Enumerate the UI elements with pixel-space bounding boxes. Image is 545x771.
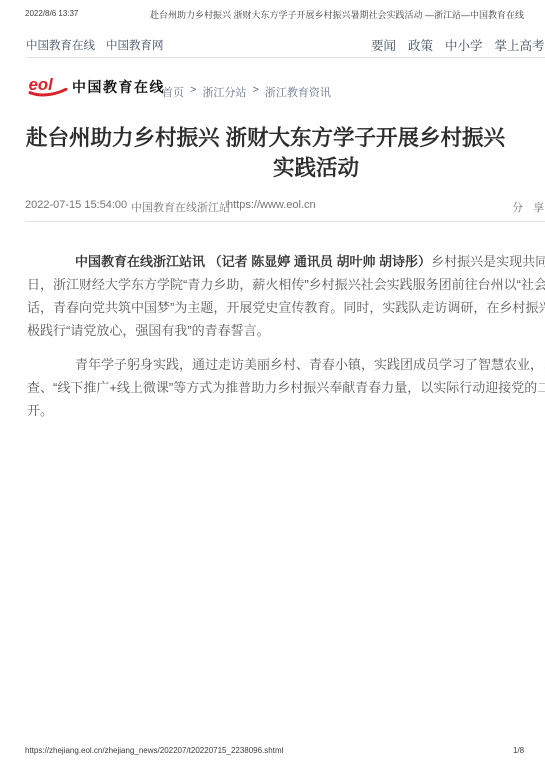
- article-source: 中国教育在线浙江站: [131, 199, 230, 215]
- paragraph1-line2: 日，浙江财经大学东方学院“青力乡助，薪火相传”乡村振兴社会实践服务团前往台州以“…: [27, 274, 545, 293]
- paragraph1-line1: 中国教育在线浙江站讯 （记者 陈显婷 通讯员 胡叶帅 胡诗彤）乡村振兴是实现共同…: [75, 251, 545, 270]
- print-page-title: 赴台州助力乡村振兴 浙财大东方学子开展乡村振兴暑期社会实践活动 —浙江站—中国教…: [150, 8, 524, 21]
- paragraph1-line4: 极践行“请党放心，强国有我”的青春誓言。: [27, 320, 270, 339]
- paragraph2-line3: 开。: [27, 400, 53, 419]
- breadcrumb-home[interactable]: 首页: [162, 84, 184, 100]
- print-timestamp: 2022/8/6 13:37: [25, 9, 78, 18]
- nav-link-policy[interactable]: 政策: [408, 36, 433, 54]
- paragraph2-line2: 查、“线下推广+线上微课”等方式为推普助力乡村振兴奉献青春力量，以实际行动迎接党…: [27, 377, 545, 396]
- nav-link-news[interactable]: 要闻: [371, 36, 396, 54]
- breadcrumb-separator: >: [190, 84, 196, 100]
- article-source-url: https://www.eol.cn: [227, 199, 316, 211]
- print-footer-page-number: 1/8: [513, 746, 524, 755]
- nav-link-k12[interactable]: 中小学: [445, 36, 483, 54]
- paragraph1-line1-rest: 乡村振兴是实现共同富裕的必: [431, 254, 545, 269]
- breadcrumb-separator: >: [252, 84, 258, 100]
- print-footer-url: https://zhejiang.eol.cn/zhejiang_news/20…: [25, 746, 283, 755]
- article-title-line2: 实践活动: [273, 151, 359, 182]
- paragraph2-line1: 青年学子躬身实践，通过走访美丽乡村、青春小镇，实践团成员学习了智慧农业，以乡村支: [75, 354, 545, 373]
- article-page: 2022/8/6 13:37 赴台州助力乡村振兴 浙财大东方学子开展乡村振兴暑期…: [0, 0, 545, 771]
- article-title-line1: 赴台州助力乡村振兴 浙财大东方学子开展乡村振兴: [26, 121, 505, 152]
- nav-link-gaokao[interactable]: 掌上高考: [495, 36, 545, 54]
- paragraph1-lead: 中国教育在线浙江站讯 （记者 陈显婷 通讯员 胡叶帅 胡诗彤）: [75, 254, 431, 269]
- share-button[interactable]: 分享: [512, 199, 545, 215]
- nav-link-eol[interactable]: 中国教育在线: [26, 37, 95, 53]
- article-datetime: 2022-07-15 15:54:00: [25, 199, 127, 211]
- svg-text:eol: eol: [29, 75, 53, 94]
- site-name[interactable]: 中国教育在线: [72, 77, 165, 97]
- eol-logo-icon[interactable]: eol: [28, 74, 68, 98]
- nav-left: 中国教育在线 中国教育网: [26, 37, 164, 53]
- nav-right: 要闻 政策 中小学 掌上高考: [371, 36, 545, 54]
- breadcrumb-zhejiang[interactable]: 浙江分站: [202, 84, 246, 100]
- breadcrumb-zhejiang-news[interactable]: 浙江教育资讯: [265, 84, 331, 100]
- meta-divider: [25, 221, 545, 222]
- nav-link-edu-net[interactable]: 中国教育网: [106, 37, 164, 53]
- breadcrumb: 首页 > 浙江分站 > 浙江教育资讯: [162, 84, 331, 100]
- paragraph1-line3: 话，青春向党共筑中国梦”为主题，开展党史宣传教育。同时，实践队走访调研，在乡村振…: [27, 297, 545, 316]
- nav-divider: [26, 57, 545, 58]
